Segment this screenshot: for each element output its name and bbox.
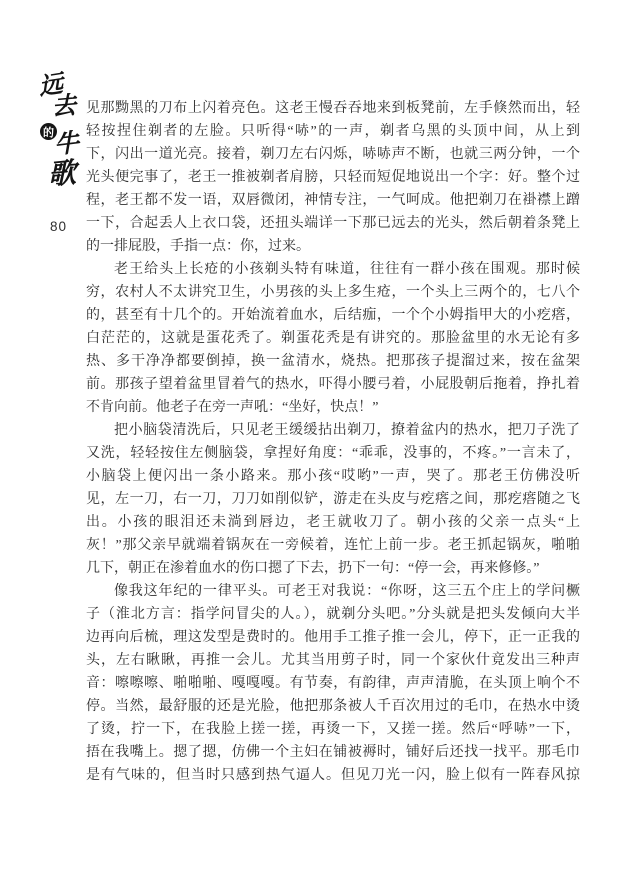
text-line: 了烫，拧一下，在我脸上搓一搓，再烫一下，又搓一搓。然后“呼哧”一下，	[86, 718, 580, 741]
text-line: 轻按捏住剃者的左脸。只听得“哧”的一声，剃者乌黑的头顶中间，从上到	[86, 120, 580, 143]
text-line: 灰！”那父亲早就端着锅灰在一旁候着，连忙上前一步。老王抓起锅灰，啪啪	[86, 534, 580, 557]
text-line: 热、多干净净都要倒掉，换一盆清水，烧热。把那孩子提溜过来，按在盆架	[86, 350, 580, 373]
title-char-niu: 牛	[53, 130, 80, 158]
text-line: 老王给头上长疮的小孩剃头特有味道，往往有一群小孩在围观。那时候	[86, 258, 580, 281]
text-line: 见，左一刀，右一刀，刀刀如削似铲，游走在头皮与疙瘩之间，那疙瘩随之飞	[86, 488, 580, 511]
text-line: 前。那孩子望着盆里冒着气的热水，吓得小腰弓着，小屁股朝后拖着，挣扎着	[86, 373, 580, 396]
book-page: 远 去 的 牛 歌 80 见那黝黑的刀布上闪着亮色。这老王慢吞吞地来到板凳前，左…	[0, 0, 634, 891]
text-line: 程，老王都不发一语，双唇微闭，神情专注，一气呵成。他把剃刀在褂襟上蹭	[86, 189, 580, 212]
title-char-qu: 去	[52, 94, 77, 120]
text-line: 一下，合起丢人上衣口袋，还扭头端详一下那已远去的光头，然后朝着条凳上	[86, 212, 580, 235]
book-title-vertical: 远 去 的 牛 歌	[36, 74, 88, 198]
text-line: 的一排屁股，手指一点：你，过来。	[86, 235, 580, 258]
text-line: 几下，朝正在渗着血水的伤口摁了下去，扔下一句：“停一会，再来修修。”	[86, 557, 580, 580]
text-line: 子（淮北方言：指学问冒尖的人。），就剃分头吧。”分头就是把头发倾向大半	[86, 603, 580, 626]
page-number: 80	[50, 219, 67, 234]
text-line: 光头便完事了，老王一推被剃者肩膀，只轻而短促地说出一个字：好。整个过	[86, 166, 580, 189]
text-line: 下，闪出一道光亮。接着，剃刀左右闪烁，哧哧声不断，也就三两分钟，一个	[86, 143, 580, 166]
text-line: 不肯向前。他老子在旁一声吼：“坐好，快点！”	[86, 396, 580, 419]
text-line: 又洗，轻轻按住左侧脑袋，拿捏好角度：“乖乖，没事的，不疼。”一言未了，	[86, 442, 580, 465]
text-line: 见那黝黑的刀布上闪着亮色。这老王慢吞吞地来到板凳前，左手倏然而出，轻	[86, 97, 580, 120]
title-char-ge: 歌	[48, 160, 77, 190]
text-line: 头，左右瞅瞅，再推一会儿。尤其当用剪子时，同一个家伙什竟发出三种声	[86, 649, 580, 672]
text-line: 把小脑袋清洗后，只见老王缓缓拈出剃刀，撩着盆内的热水，把刀子洗了	[86, 419, 580, 442]
text-line: 音：嚓嚓嚓、啪啪啪、嘎嘎嘎。有节奏，有韵律，声声清脆，在头顶上响个不	[86, 672, 580, 695]
text-line: 出。小孩的眼泪还未淌到唇边，老王就收刀了。朝小孩的父亲一点头“上	[86, 511, 580, 534]
text-line: 是有气味的，但当时只感到热气逼人。但见刀光一闪，脸上似有一阵春风掠	[86, 764, 580, 787]
text-line: 的，甚至有十几个的。开始流着血水，后结痂，一个个小姆指甲大的小疙瘩，	[86, 304, 580, 327]
text-line: 边再向后梳，理这发型是费时的。他用手工推子推一会儿，停下，正一正我的	[86, 626, 580, 649]
text-line: 小脑袋上便闪出一条小路来。那小孩“哎哟”一声，哭了。那老王仿佛没听	[86, 465, 580, 488]
text-line: 穷，农村人不太讲究卫生，小男孩的头上多生疮，一个头上三两个的，七八个	[86, 281, 580, 304]
text-line: 白茫茫的，这就是蛋花秃了。剃蛋花秃是有讲究的。那脸盆里的水无论有多	[86, 327, 580, 350]
text-line: 像我这年纪的一律平头。可老王对我说：“你呀，这三五个庄上的学问橛	[86, 580, 580, 603]
text-line: 捂在我嘴上。摁了摁，仿佛一个主妇在铺被褥时，铺好后还找一找平。那毛巾	[86, 741, 580, 764]
text-line: 停。当然，最舒服的还是光脸，他把那条被人千百次用过的毛巾，在热水中烫	[86, 695, 580, 718]
text-block: 见那黝黑的刀布上闪着亮色。这老王慢吞吞地来到板凳前，左手倏然而出，轻轻按捏住剃者…	[86, 97, 580, 787]
